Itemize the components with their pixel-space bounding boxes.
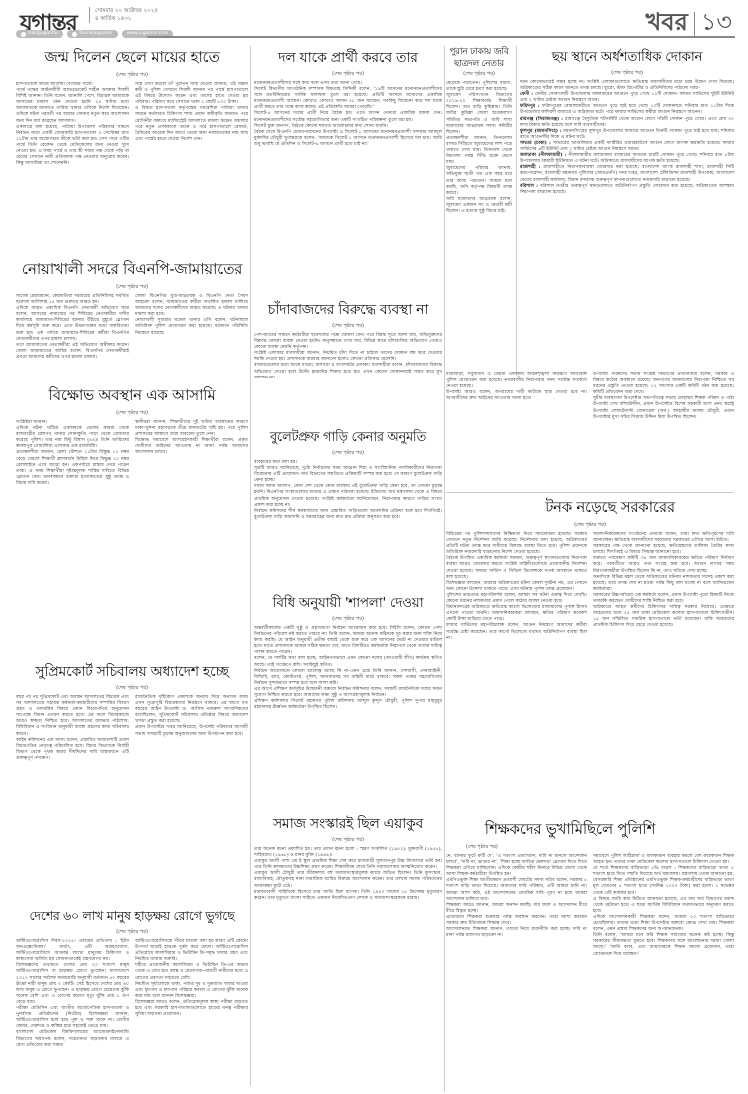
- social-label: DailyJugantor: [28, 31, 58, 37]
- paragraph: অস্টিওপোরোসিস দিবস-২০২৫। এবারের প্রতিপাদ…: [16, 939, 129, 963]
- paragraph: ফুলপুর (ময়মনসিংহ) : ময়মনসিংহের ফুলপুর …: [520, 129, 734, 141]
- paragraph: রাজনৈতিক দৃষ্টিকোণ প্রকাশকে অন্যায় দিয়…: [135, 695, 248, 725]
- article-column: স্থানীয়রা জানান, শিক্ষার্থীদের দুই ঘণ্ট…: [135, 420, 248, 487]
- paragraph: নোয়াখালী সুধারাম মডেল থানার ওসি বলেন, ঘ…: [135, 318, 248, 336]
- paragraph: শুরুতে পর্যবেক্ষণ কমিটি ৩৪ জন আমদানিকারক…: [593, 556, 734, 574]
- continuation-kicker: (শেষ পৃষ্ঠার পর): [16, 410, 248, 418]
- headline[interactable]: শিক্ষকদের ভুখামিছিলে পুলিশি: [446, 818, 734, 843]
- article-column: নে, ব্যানার ফুটে রুটি দে', 'এ শতাংশ প্রত…: [446, 854, 587, 958]
- paragraph: জলঢাকা (নীলফামারী) : নীলফামারীর জলঢাকায়…: [520, 153, 734, 165]
- article-column: জেলা বিএনপির যুগ্ম-আহ্বায়ক ও বিএনপি নেত…: [135, 294, 248, 361]
- paragraph: ফায়ার সার্ভিসের মহাপরিচালক বলেন, আগুন ন…: [446, 623, 587, 641]
- paragraph: বলেন, যে দলটির কথা বলা হচ্ছে, আইনগতভাবে …: [254, 656, 442, 668]
- column-divider: [444, 372, 445, 1092]
- paragraph: দফায় দফায় আলাপ, কোন দেশ থেকে কোন ব্যবস…: [254, 484, 442, 508]
- paragraph: বিমানবন্দরের অগ্নিকাণ্ডে ক্ষতিগ্রস্ত কার…: [446, 605, 587, 623]
- paragraph: জুবায়েদ পরিসংখ্যান বিভাগের ২০১৯-২০ শিক্…: [446, 93, 512, 136]
- headline[interactable]: চাঁদাবাজদের বিরুদ্ধে ব্যবস্থা না: [254, 298, 442, 322]
- divider: [89, 7, 90, 23]
- social-label: DainikJugantor: [79, 31, 112, 37]
- paragraph: এদিকে ঘটনা ঘটিয়ে একজনকে রেলের কামরা থেক…: [16, 426, 129, 450]
- paragraph: বরিশাল : বরিশাল নগরীর গুরুত্বপূর্ণ স্থান…: [520, 184, 734, 196]
- continuation-kicker: (শেষ পৃষ্ঠার পর): [254, 837, 442, 845]
- article-old-dhaka-chhatradal: পুরান ঢাকায় জবি ছাত্রদল নেতার (শেষ পৃষ্…: [446, 46, 512, 371]
- continuation-kicker: (শেষ পৃষ্ঠার পর): [254, 71, 442, 79]
- article-column: বছর পর পর সুপ্রিমকোর্ট এবং অধস্তন আদালতে…: [16, 695, 129, 762]
- article-party-candidate: দল যাকে প্রার্থী করবে তার (শেষ পৃষ্ঠার প…: [254, 46, 442, 296]
- headline[interactable]: জন্ম দিলেন ছেলে মায়ের হাতে: [16, 46, 248, 71]
- paragraph: প্রত্যক্ষদর্শীরা জানান, রেলা স্টেশনে ১১ট…: [16, 450, 129, 487]
- article-column: যাত্রাবাড়ী, সবুজবাগ ও ডেমরা এলাকায় আইন…: [446, 372, 587, 421]
- page-number: ১৩: [701, 4, 732, 44]
- paragraph: ফরিদপুর : ফরিদপুরের বোয়ালমারীতে আগুনে প…: [520, 104, 734, 116]
- paragraph: আন্দোলনরত শিক্ষকরা জানান, তাদের নিয়ে রা…: [446, 927, 587, 939]
- paragraph: এমপিওভুক্ত শিক্ষা জাতীয়করণ প্রত্যাশী জো…: [446, 878, 587, 902]
- paragraph: এদিকে আহত একাধিক বিএনপি নেতাকর্মী অভিযোগ…: [16, 306, 129, 343]
- continuation-kicker: (শেষ পৃষ্ঠার পর): [16, 685, 248, 693]
- paragraph: অস্টিওপোরোসিসকে 'নীরব ঘাতক' বলা হয় কারণ…: [135, 939, 248, 963]
- continuation-kicker: (শেষ পৃষ্ঠার পর): [520, 70, 734, 78]
- location-label: রায়গঞ্জ (সিরাজগঞ্জ) :: [520, 117, 563, 122]
- paragraph: প্রয়োজনে শিক্ষকরা শুক্রবার পর্যন্ত অবস্…: [446, 915, 587, 927]
- paragraph: অন্যদিকে বিভিন্ন মহল থেকে অগ্নিকাণ্ডের ঘ…: [593, 575, 734, 593]
- continuation-kicker: (শেষ পৃষ্ঠার পর): [16, 284, 248, 292]
- paragraph: সাভার (ঢাকা) : সাভারের আশুলিয়ার একটি ফ্…: [520, 141, 734, 153]
- paragraph: রায়গঞ্জ (সিরাজগঞ্জ) : রায়গঞ্জে বৈদ্যুত…: [520, 117, 734, 129]
- column-divider: [516, 46, 517, 376]
- paragraph: পরীক্ষা মেডিসিন এবং জাতীয় অর্থোপেডিক হা…: [16, 1006, 129, 1030]
- paragraph: এর আগে প্রশিক্ষণ কর্মসূচির উদ্বোধনী বক্ত…: [254, 687, 442, 699]
- dateline: সোমবার ২০ অক্টোবর ২০২৫ ৪ কার্তিক ১৪৩২: [95, 7, 158, 23]
- paragraph: ফেনী : ফেনীর সোনাগাজী উপজেলায় মঙ্গলবারে…: [520, 92, 734, 104]
- article-tonok-sarkar: টনক নড়েছে সরকারের (শেষ পৃষ্ঠার পর) বিভি…: [446, 496, 734, 796]
- continuation-kicker: (শেষ পৃষ্ঠার পর): [254, 323, 442, 331]
- paragraph: জুবায়েদের পরিবার জানায়, অভিযুক্ত ছাত্র…: [446, 166, 512, 196]
- headline[interactable]: সমাজ সংস্কারই ছিল এয়াকুব: [254, 812, 442, 836]
- paragraph: রাজশাহী : রাজশাহীতে নিরাপত্তাব্যবস্থা জো…: [520, 165, 734, 183]
- column-divider: [444, 46, 445, 376]
- headline[interactable]: নোয়াখালী সদরে বিএনপি-জামায়াতের: [16, 258, 248, 283]
- location-label: বরিশাল :: [520, 184, 538, 189]
- paragraph: প্রশিক্ষণ কর্মশালায় সিলেট মহানগর পুলিশ …: [254, 699, 442, 711]
- paragraph: বিভিন্নের পর পুলিশসদস্যদের নিষ্ক্রিয়তা …: [446, 532, 587, 556]
- paragraph: সরকারের উচ্চপর্যায়ের এক কর্মকর্তা বলেন,…: [593, 593, 734, 605]
- paragraph: সহে দেখা করলে তাঁ পুরাতন জন্ম নেওয়া জান…: [135, 82, 248, 106]
- paragraph: আইন কমিশনের এক সদস্য বলেন, প্রস্তাবিত অধ…: [16, 738, 129, 762]
- paragraph: জেলা বিএনপির যুগ্ম-আহ্বায়ক ও বিএনপি নেত…: [135, 294, 248, 318]
- headline[interactable]: ছয় স্থানে অর্ধশতাধিক দোকান: [520, 46, 734, 69]
- paragraph: এ বিষয়ে জারি করা চিঠিতে জানানো হয়েছে, …: [593, 897, 734, 915]
- headline[interactable]: বুলেটপ্রুফ গাড়ি কেনার অনুমতি: [254, 428, 442, 449]
- article-teachers-procession: শিক্ষকদের ভুখামিছিলে পুলিশি (শেষ পৃষ্ঠার…: [446, 818, 734, 1088]
- headline[interactable]: দল যাকে প্রার্থী করবে তার: [254, 46, 442, 70]
- article-osteoporosis-60-lakh: দেশের ৬০ লাখ মানুষ হাড়ক্ষয় রোগে ভুগছে …: [16, 908, 248, 1088]
- article-mother-hands: জন্ম দিলেন ছেলে মায়ের হাতে (শেষ পৃষ্ঠার…: [16, 46, 248, 248]
- paragraph: তিনি বলেন, 'আমরা মনে করি শিক্ষক সমাজের অ…: [593, 933, 734, 957]
- article-column: সাবেক চেয়ারম্যান, কেরামতিয়া দরবারের প্…: [16, 294, 129, 361]
- article-column: অন্তর্বর্তীকালের একটি সুষ্ঠু ও গ্রহণযোগ্…: [254, 626, 442, 711]
- article-column: উপদেষ্টা পরিষদের সভায় সংশ্লিষ্ট বিভাগের…: [593, 372, 734, 421]
- paragraph: এদিকে আন্দোলনকারী শিক্ষকরা বলেন, আমরা ২০…: [593, 915, 734, 933]
- column-divider: [250, 46, 251, 1086]
- paragraph: যাত্রাবাড়ী, সবুজবাগ ও ডেমরা এলাকায় আইন…: [446, 372, 587, 390]
- facebook-icon: [72, 32, 77, 37]
- paragraph: পেশ-জাতের সামনে কর্মচারীরা ছাত্রদলের পক্…: [254, 333, 442, 351]
- social-facebook-link[interactable]: DainikJugantor: [67, 30, 117, 38]
- article-chandabaj-action: চাঁদাবাজদের বিরুদ্ধে ব্যবস্থা না (শেষ পৃ…: [254, 298, 442, 378]
- paragraph: প্রধান উপদেষ্টার দপ্তর জানিয়েছে, উপদেষ্…: [135, 725, 248, 737]
- paragraph: অন্তর্বর্তীকালের একটি সুষ্ঠু ও গ্রহণযোগ্…: [254, 626, 442, 656]
- headline-line: ছাত্রদল নেতার: [446, 58, 512, 70]
- continuation-kicker: (শেষ পৃষ্ঠার পর): [446, 522, 734, 530]
- social-x-link[interactable]: DailyJugantor: [16, 30, 63, 38]
- headline[interactable]: দেশের ৬০ লাখ মানুষ হাড়ক্ষয় রোগে ভুগছে: [16, 908, 248, 928]
- location-label: সাভার (ঢাকা) :: [520, 141, 551, 146]
- article-six-places-shops: ছয় স্থানে অর্ধশতাধিক দোকান (শেষ পৃষ্ঠার…: [520, 46, 734, 371]
- article-column: সংশ্লিষ্টরা জানান। এদিকে ঘটনা ঘটিয়ে একজ…: [16, 420, 129, 487]
- paragraph: প্রত্যক্ষদর্শীরা জানান, তিনতলায় বাসার স…: [446, 136, 512, 166]
- article-column: মেরেকে পড়াতেন। পুলিশের ধারণা, তাকে ছুরি…: [446, 81, 512, 215]
- paragraph: অগ্নিকাণ্ডে আহত কর্মীদের চিকিৎসার দায়িত…: [593, 605, 734, 629]
- x-icon: [21, 32, 26, 37]
- location-label: ফেনী :: [520, 92, 533, 97]
- paragraph: নিয়মিত সূর্যালোকে থাকা, পর্যাপ্ত দুধ ও …: [135, 982, 248, 1000]
- location-label: ফরিদপুর :: [520, 104, 540, 109]
- section-label: খবর ১৩: [645, 4, 732, 44]
- continuation-kicker: (শেষ পৃষ্ঠার পর): [466, 844, 734, 852]
- paragraph: সংশ্লিষ্ট এলাকার ব্যবসায়ীরা জানান, নিয়…: [254, 351, 442, 363]
- paragraph: জবি ছাত্রদলের আহ্বায়ক বলেন, জুবায়েদ এক…: [446, 197, 512, 215]
- headline[interactable]: বিক্ষোভ অবস্থান এক আসামি: [16, 384, 248, 409]
- continuation-kicker: (শেষ পৃষ্ঠার পর): [16, 72, 248, 80]
- paragraph: উপদেষ্টা আরও বলেন, অপরাধের দায়ী কাউকে ছ…: [446, 390, 587, 402]
- article-column: হাসপাতালে আনে আলেয়া বেগমের পার্শ্বে। পা…: [16, 82, 129, 167]
- location-label: জলঢাকা (নীলফামারী) :: [520, 153, 567, 158]
- paragraph: নে, ব্যানার ফুটে রুটি দে', 'এ শতাংশ প্রত…: [446, 854, 587, 878]
- paragraph: মেরেকে পড়াতেন। পুলিশের ধারণা, তাকে ছুরি…: [446, 81, 512, 93]
- headline[interactable]: সুপ্রিমকোর্ট সচিবালয় অধ্যাদেশ হচ্ছে: [16, 660, 248, 684]
- paragraph: বাজারগুলোর মধ্যে আছে বাড্ডা, বাসাবো ও বা…: [254, 363, 442, 378]
- paragraph: যে শর্তে শিক্ষকদের বাড়িভাড়া ৫% বাড়ল :…: [593, 866, 734, 896]
- paragraph: বৈঠক শেষে বিএনপি চেয়ারপারসনের উপদেষ্টা …: [254, 130, 442, 148]
- headline-line: পুরান ঢাকায় জবি: [446, 46, 512, 58]
- paragraph: দমন কোনোভাবেই সম্ভব হচ্ছে না। সংশ্লিষ্ট …: [520, 80, 734, 92]
- article-column: পেশ-জাতের সামনে কর্মচারীরা ছাত্রদলের পক্…: [254, 333, 442, 378]
- paragraph: নির্বাচন আয়োজনে কোনো চ্যালেঞ্জ আছে কি ন…: [254, 669, 442, 687]
- paragraph: একাধারে বলা হয়েছে, পাত্রিয়া উপজেলা পরি…: [16, 125, 129, 168]
- article-column: অস্টিওপোরোসিসকে 'নীরব ঘাতক' বলা হয় কারণ…: [135, 939, 248, 1049]
- article-shapla-symbol: বিধি অনুযায়ী 'শাপলা' দেওয়া (শেষ পৃষ্ঠা…: [254, 592, 442, 782]
- continuation-kicker: (শেষ পৃষ্ঠার পর): [254, 616, 442, 624]
- paragraph: বিশেষজ্ঞদের তথ্যমতে দেশের প্রায় ২০ শতাং…: [16, 963, 129, 1006]
- location-label: ফুলপুর (ময়মনসিংহ) :: [520, 129, 562, 134]
- paragraph: আমদানিকারকদের সংগঠনের নেতারা বলেন, তারা …: [593, 532, 734, 544]
- date-bengali: ৪ কার্তিক ১৪৩২: [95, 15, 158, 23]
- article-column: সমাবেশে পুলিশ লাঠিচার্জ ও জলকামান ব্যবহা…: [593, 854, 734, 958]
- paragraph: শরীরে প্রয়োজনীয় ক্যালসিয়াম ও ভিটামিন …: [135, 963, 248, 981]
- article-samaj-sanskar: সমাজ সংস্কারই ছিল এয়াকুব (শেষ পৃষ্ঠার প…: [254, 812, 442, 1087]
- article-column: ব্যবহারের কথা বলা হয়। সূত্রটি আরও জানিয…: [254, 460, 442, 521]
- section-divider: [446, 492, 734, 493]
- paragraph: এয়াকুব আলী পাশা এম ই স্কুল প্রাথমিক শিক…: [254, 859, 442, 871]
- date-gregorian: সোমবার ২০ অক্টোবর ২০২৫: [95, 7, 158, 15]
- paragraph: নির্বাচন কমিশনের শীর্ষ কর্মকর্তাদের জন্য…: [254, 509, 442, 521]
- paragraph: সুধীর ব্যবস্থাপনা উপদেষ্টার সভাপতিত্বে স…: [593, 396, 734, 420]
- article-column: দমন কোনোভাবেই সম্ভব হচ্ছে না। সংশ্লিষ্ট …: [520, 80, 734, 196]
- continuation-kicker: (শেষ পৃষ্ঠার পর): [254, 450, 442, 458]
- paragraph: বিশেষজ্ঞরা আরও বলেন, প্রতিরোধমূলক স্বাস্…: [135, 1000, 248, 1018]
- continuation-kicker: (শেষ পৃষ্ঠার পর): [16, 929, 248, 937]
- article-supreme-court-secretariat: সুপ্রিমকোর্ট সচিবালয় অধ্যাদেশ হচ্ছে (শে…: [16, 660, 248, 905]
- article-bikkhov-asami: বিক্ষোভ অবস্থান এক আসামি (শেষ পৃষ্ঠার পর…: [16, 384, 248, 639]
- article-column: আমদানিকারকদের সংগঠনের নেতারা বলেন, তারা …: [593, 532, 734, 642]
- headline[interactable]: পুরান ঢাকায় জবি ছাত্রদল নেতার: [446, 46, 512, 70]
- article-bulletproof-car: বুলেটপ্রুফ গাড়ি কেনার অনুমতি (শেষ পৃষ্ঠ…: [254, 428, 442, 586]
- paragraph: সিলেট-৫ আসনের দলের প্রার্থী নিয়ে বৈঠক হ…: [254, 111, 442, 123]
- article-column: অস্টিওপোরোসিস দিবস-২০২৫। এবারের প্রতিপাদ…: [16, 939, 129, 1049]
- headline[interactable]: টনক নড়েছে সরকারের: [486, 496, 734, 521]
- divider: [694, 12, 695, 36]
- paragraph: বছর পর পর সুপ্রিমকোর্ট এবং অধস্তন আদালতে…: [16, 695, 129, 738]
- location-label: রাজশাহী :: [520, 165, 541, 170]
- paragraph: তার অনেক রচনা প্রকাশিত হয়। তার প্রধান র…: [254, 847, 442, 859]
- paragraph: সাবেক চেয়ারম্যান, কেরামতিয়া দরবারের প্…: [16, 294, 129, 306]
- paragraph: এ বিষয়ে হাসপাতাল কর্তৃপক্ষের সমন্বেশিরা…: [135, 106, 248, 143]
- paragraph: শিক্ষকরা আরও জানান, আমরা অনশন করছি। যার …: [446, 903, 587, 915]
- article-noakhali-bnp-jamaat: নোয়াখালী সদরে বিএনপি-জামায়াতের (শেষ পৃ…: [16, 258, 248, 378]
- paragraph: এয়াকুব আলী চৌধুরী তার জীবদ্দশায় বহু সম…: [254, 871, 442, 889]
- paragraph: পার্শ্বে পক্ষের আইনজীবী অ্যাডভোকেট শাহীন…: [16, 88, 129, 125]
- section-name: খবর: [645, 4, 687, 44]
- headline[interactable]: বিধি অনুযায়ী 'শাপলা' দেওয়া: [254, 592, 442, 615]
- paragraph: সূত্রটি আরও জানিয়েছে, দুটো নির্বাচনের স…: [254, 466, 442, 484]
- paragraph: বিক্ষোভ সমাবেশে অংশগ্রহণকারী শিক্ষার্থীর…: [135, 438, 248, 456]
- article-dhaka-advisers: যাত্রাবাড়ী, সবুজবাগ ও ডেমরা এলাকায় আইন…: [446, 372, 734, 490]
- masthead: যুগান্তর সোমবার ২০ অক্টোবর ২০২৫ ৪ কার্তি…: [0, 0, 748, 42]
- article-column: রাজনৈতিক দৃষ্টিকোণ প্রকাশকে অন্যায় দিয়…: [135, 695, 248, 762]
- paragraph: পুলিশের ভারপ্রাপ্ত মহাপরিদর্শক বলেন, আমর…: [446, 593, 587, 605]
- paragraph: সিলেট বিভাগীয় সাংগঠনিক সম্পাদক মিফতাহ স…: [254, 87, 442, 111]
- article-column: সহে দেখা করলে তাঁ পুরাতন জন্ম নেওয়া জান…: [135, 82, 248, 167]
- paragraph: সমাবেশে পুলিশ লাঠিচার্জ ও জলকামান ব্যবহা…: [593, 854, 734, 866]
- paragraph: মানবতাবাদী সাহিত্যিক হিসেবে তার খ্যাতি ছ…: [254, 890, 442, 902]
- article-column: বিভিন্নের পর পুলিশসদস্যদের নিষ্ক্রিয়তা …: [446, 532, 587, 642]
- paragraph: সরকারের পক্ষ থেকে জানানো হয়েছে, ক্ষতিগ্…: [593, 544, 734, 556]
- paragraph: স্থানীয়রা জানান, শিক্ষার্থীদের দুই ঘণ্ট…: [135, 420, 248, 438]
- continuation-kicker: (শেষ পৃষ্ঠার পর): [446, 71, 512, 79]
- paragraph: বৈঠকে উপস্থিত একাধিক কর্মকর্তা জানান, গু…: [446, 556, 587, 580]
- paragraph: তবে জামায়াতের নেতাকর্মীরা এই অভিযোগ অস্…: [16, 343, 129, 361]
- paragraph: উপদেষ্টা পরিষদের সভায় সংশ্লিষ্ট বিভাগের…: [593, 372, 734, 396]
- article-column: মনোনয়নপ্রত্যাশীদের সঙ্গে কথা বলে এসব তথ…: [254, 81, 442, 148]
- article-column: তার অনেক রচনা প্রকাশিত হয়। তার প্রধান র…: [254, 847, 442, 902]
- paragraph: বাংলাদেশ মেডিকেল বিশ্ববিদ্যালয়ের অ্যান্…: [16, 1030, 129, 1048]
- paragraph: বিশেষজ্ঞরা বলছেন, বারবার অগ্নিকাণ্ডের ঘট…: [446, 581, 587, 593]
